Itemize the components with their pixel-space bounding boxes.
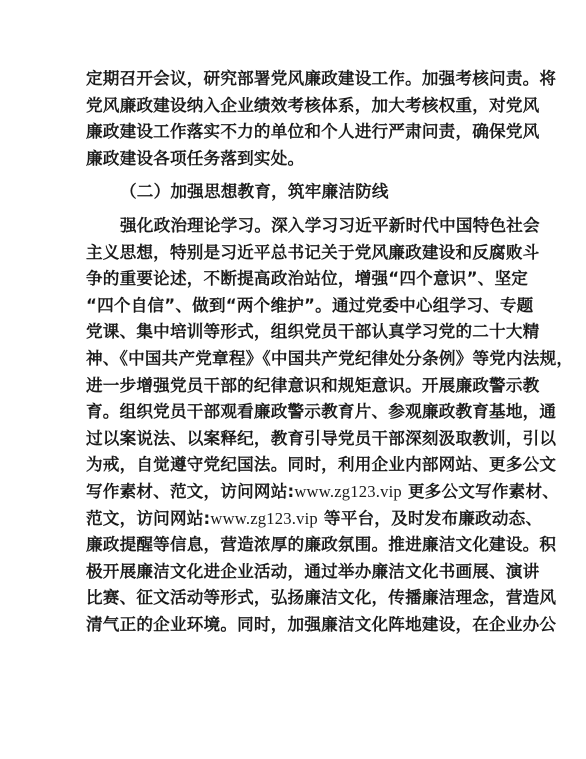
text-line: 神、《中国共产党章程》《中国共产党纪律处分条例》等党内法规，	[86, 346, 506, 373]
text-line: 廉政提醒等信息，营造浓厚的廉政氛围。推进廉洁文化建设。积	[86, 532, 506, 559]
paragraph-first-line: 强化政治理论学习。深入学习习近平新时代中国特色社会	[86, 213, 506, 240]
text-line: 进一步增强党员干部的纪律意识和规矩意识。开展廉政警示教	[86, 373, 506, 400]
text-line: 过以案说法、以案释纪，教育引导党员干部深刻汲取教训，引以	[86, 426, 506, 453]
text-line: 清气正的企业环境。同时，加强廉洁文化阵地建设，在企业办公	[86, 612, 506, 639]
text-line: 主义思想，特别是习近平总书记关于党风廉政建设和反腐败斗	[86, 240, 506, 267]
text-line: 党风廉政建设纳入企业绩效考核体系，加大考核权重，对党风	[86, 93, 506, 120]
text-line: 争的重要论述，不断提高政治站位，增强“四个意识”、坚定	[86, 266, 506, 293]
text-segment: 等平台，及时发布廉政动态、	[318, 509, 542, 528]
website-url: www.zg123.vip	[210, 509, 318, 528]
text-line: 极开展廉洁文化进企业活动，通过举办廉洁文化书画展、演讲	[86, 559, 506, 586]
document-page: 定期召开会议，研究部署党风廉政建设工作。加强考核问责。将 党风廉政建设纳入企业绩…	[0, 0, 586, 759]
text-segment: 写作素材、范文，访问网站:	[86, 482, 294, 501]
text-line: 写作素材、范文，访问网站:www.zg123.vip 更多公文写作素材、	[86, 479, 506, 506]
text-segment: 范文，访问网站:	[86, 509, 210, 528]
text-line: 党课、集中培训等形式，组织党员干部认真学习党的二十大精	[86, 319, 506, 346]
text-line: 定期召开会议，研究部署党风廉政建设工作。加强考核问责。将	[86, 66, 506, 93]
text-line: “四个自信”、做到“两个维护”。通过党委中心组学习、专题	[86, 293, 506, 320]
section-heading: （二）加强思想教育，筑牢廉洁防线	[86, 179, 506, 206]
text-line: 比赛、征文活动等形式，弘扬廉洁文化，传播廉洁理念，营造风	[86, 585, 506, 612]
text-line: 为戒，自觉遵守党纪国法。同时，利用企业内部网站、更多公文	[86, 452, 506, 479]
text-segment: 更多公文写作素材、	[402, 482, 559, 501]
text-line: 育。组织党员干部观看廉政警示教育片、参观廉政教育基地，通	[86, 399, 506, 426]
website-url: www.zg123.vip	[294, 482, 402, 501]
document-body: 定期召开会议，研究部署党风廉政建设工作。加强考核问责。将 党风廉政建设纳入企业绩…	[86, 66, 506, 638]
text-line: 廉政建设工作落实不力的单位和个人进行严肃问责，确保党风	[86, 119, 506, 146]
text-line: 范文，访问网站:www.zg123.vip 等平台，及时发布廉政动态、	[86, 506, 506, 533]
text-line: 廉政建设各项任务落到实处。	[86, 146, 506, 173]
